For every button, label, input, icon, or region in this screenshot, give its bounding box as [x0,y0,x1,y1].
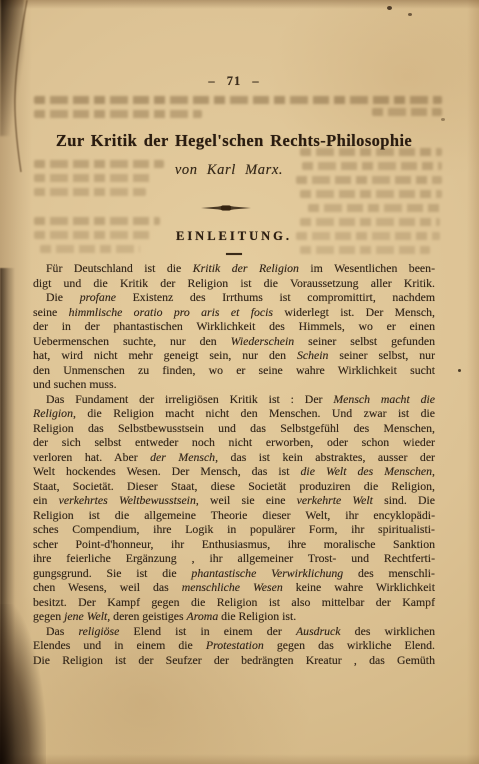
ink-speck [441,118,445,121]
ink-speck [408,13,412,16]
section-heading: EINLEITUNG. [33,229,435,244]
body-line: Das Fundament der irreligiösen Kritik is… [33,392,435,407]
body-line: Religion, die Religion macht nicht den M… [33,406,435,421]
body-line: chen Wesens, weil das menschliche Wesen … [33,580,435,595]
body-line: Das religiöse Elend ist in einem der Aus… [33,624,435,639]
page-edge-shadow-right [467,0,479,764]
body-line: der in der phantastischen Wirklichkeit d… [33,319,435,334]
bleedthrough-line [300,246,430,254]
body-line: sches Compendium, ihre Logik in populäre… [33,522,435,537]
scanned-page: – 71 – Zur Kritik der Hegel'schen Rechts… [0,0,479,764]
body-line: gegen jene Welt, deren geistiges Aroma d… [33,609,435,624]
bleedthrough-line [34,217,160,225]
body-line: und suchen muss. [33,377,435,392]
body-line: den Unmenschen zu finden, wo er seine wa… [33,363,435,378]
body-line: Religion das Selbstbewusstsein und das S… [33,421,435,436]
body-line: der sich selbst entweder noch nicht erwo… [33,435,435,450]
body-line: ihre feierliche Ergänzung , ihr allgemei… [33,551,435,566]
paper-crease [0,0,60,180]
body-line: Die profane Existenz des Irrthums ist co… [33,290,435,305]
bleedthrough-line [300,190,442,198]
body-line: gungsgrund. Sie ist die phantastische Ve… [33,566,435,581]
byline: von Karl Marx. [28,162,430,179]
body-line: scher Point-d'honneur, ihr Enthusiasmus,… [33,537,435,552]
bleedthrough-line [40,245,140,253]
bleedthrough-line [34,110,202,118]
body-line: Elendes und in einem die Protestation ge… [33,638,435,653]
body-line: Uebermenschen suchte, nur den Wiedersche… [33,334,435,349]
ink-speck [387,6,392,10]
bleedthrough-line [34,188,146,196]
page-edge-shadow-bottom [0,754,479,764]
body-line: ein verkehrtes Weltbewusstsein, weil sie… [33,493,435,508]
body-line: digt und die Kritik der Religion ist die… [33,276,435,291]
ink-speck [458,369,461,372]
page-edge-shadow-top [0,0,479,9]
body-line: Die Religion ist der Seufzer der bedräng… [33,653,435,668]
body-line: Für Deutschland ist die Kritik der Relig… [33,261,435,276]
article-title: Zur Kritik der Hegel'schen Rechts-Philos… [33,131,435,151]
body-line: hat, wird nicht mehr geneigt sein, nur d… [33,348,435,363]
divider-ornament [25,198,427,216]
bleedthrough-line [34,96,442,104]
body-line: besitzt. Der Kampf gegen die Religion is… [33,595,435,610]
body-line: Welt hockendes Wesen. Der Mensch, das is… [33,464,435,479]
body-line: Staat, Societät. Dieser Staat, diese Soc… [33,479,435,494]
body-line: verloren hat. Aber der Mensch, das ist k… [33,450,435,465]
body-line: Religion ist die allgemeine Theorie dies… [33,508,435,523]
divider-ornament-icon [201,205,251,211]
page-number: – 71 – [33,74,435,89]
body-text: Für Deutschland ist die Kritik der Relig… [33,261,435,667]
bleedthrough-line [372,108,442,116]
section-rule [226,253,242,255]
bleedthrough-line [300,218,440,226]
body-line: seine himmlische oratio pro aris et foci… [33,305,435,320]
